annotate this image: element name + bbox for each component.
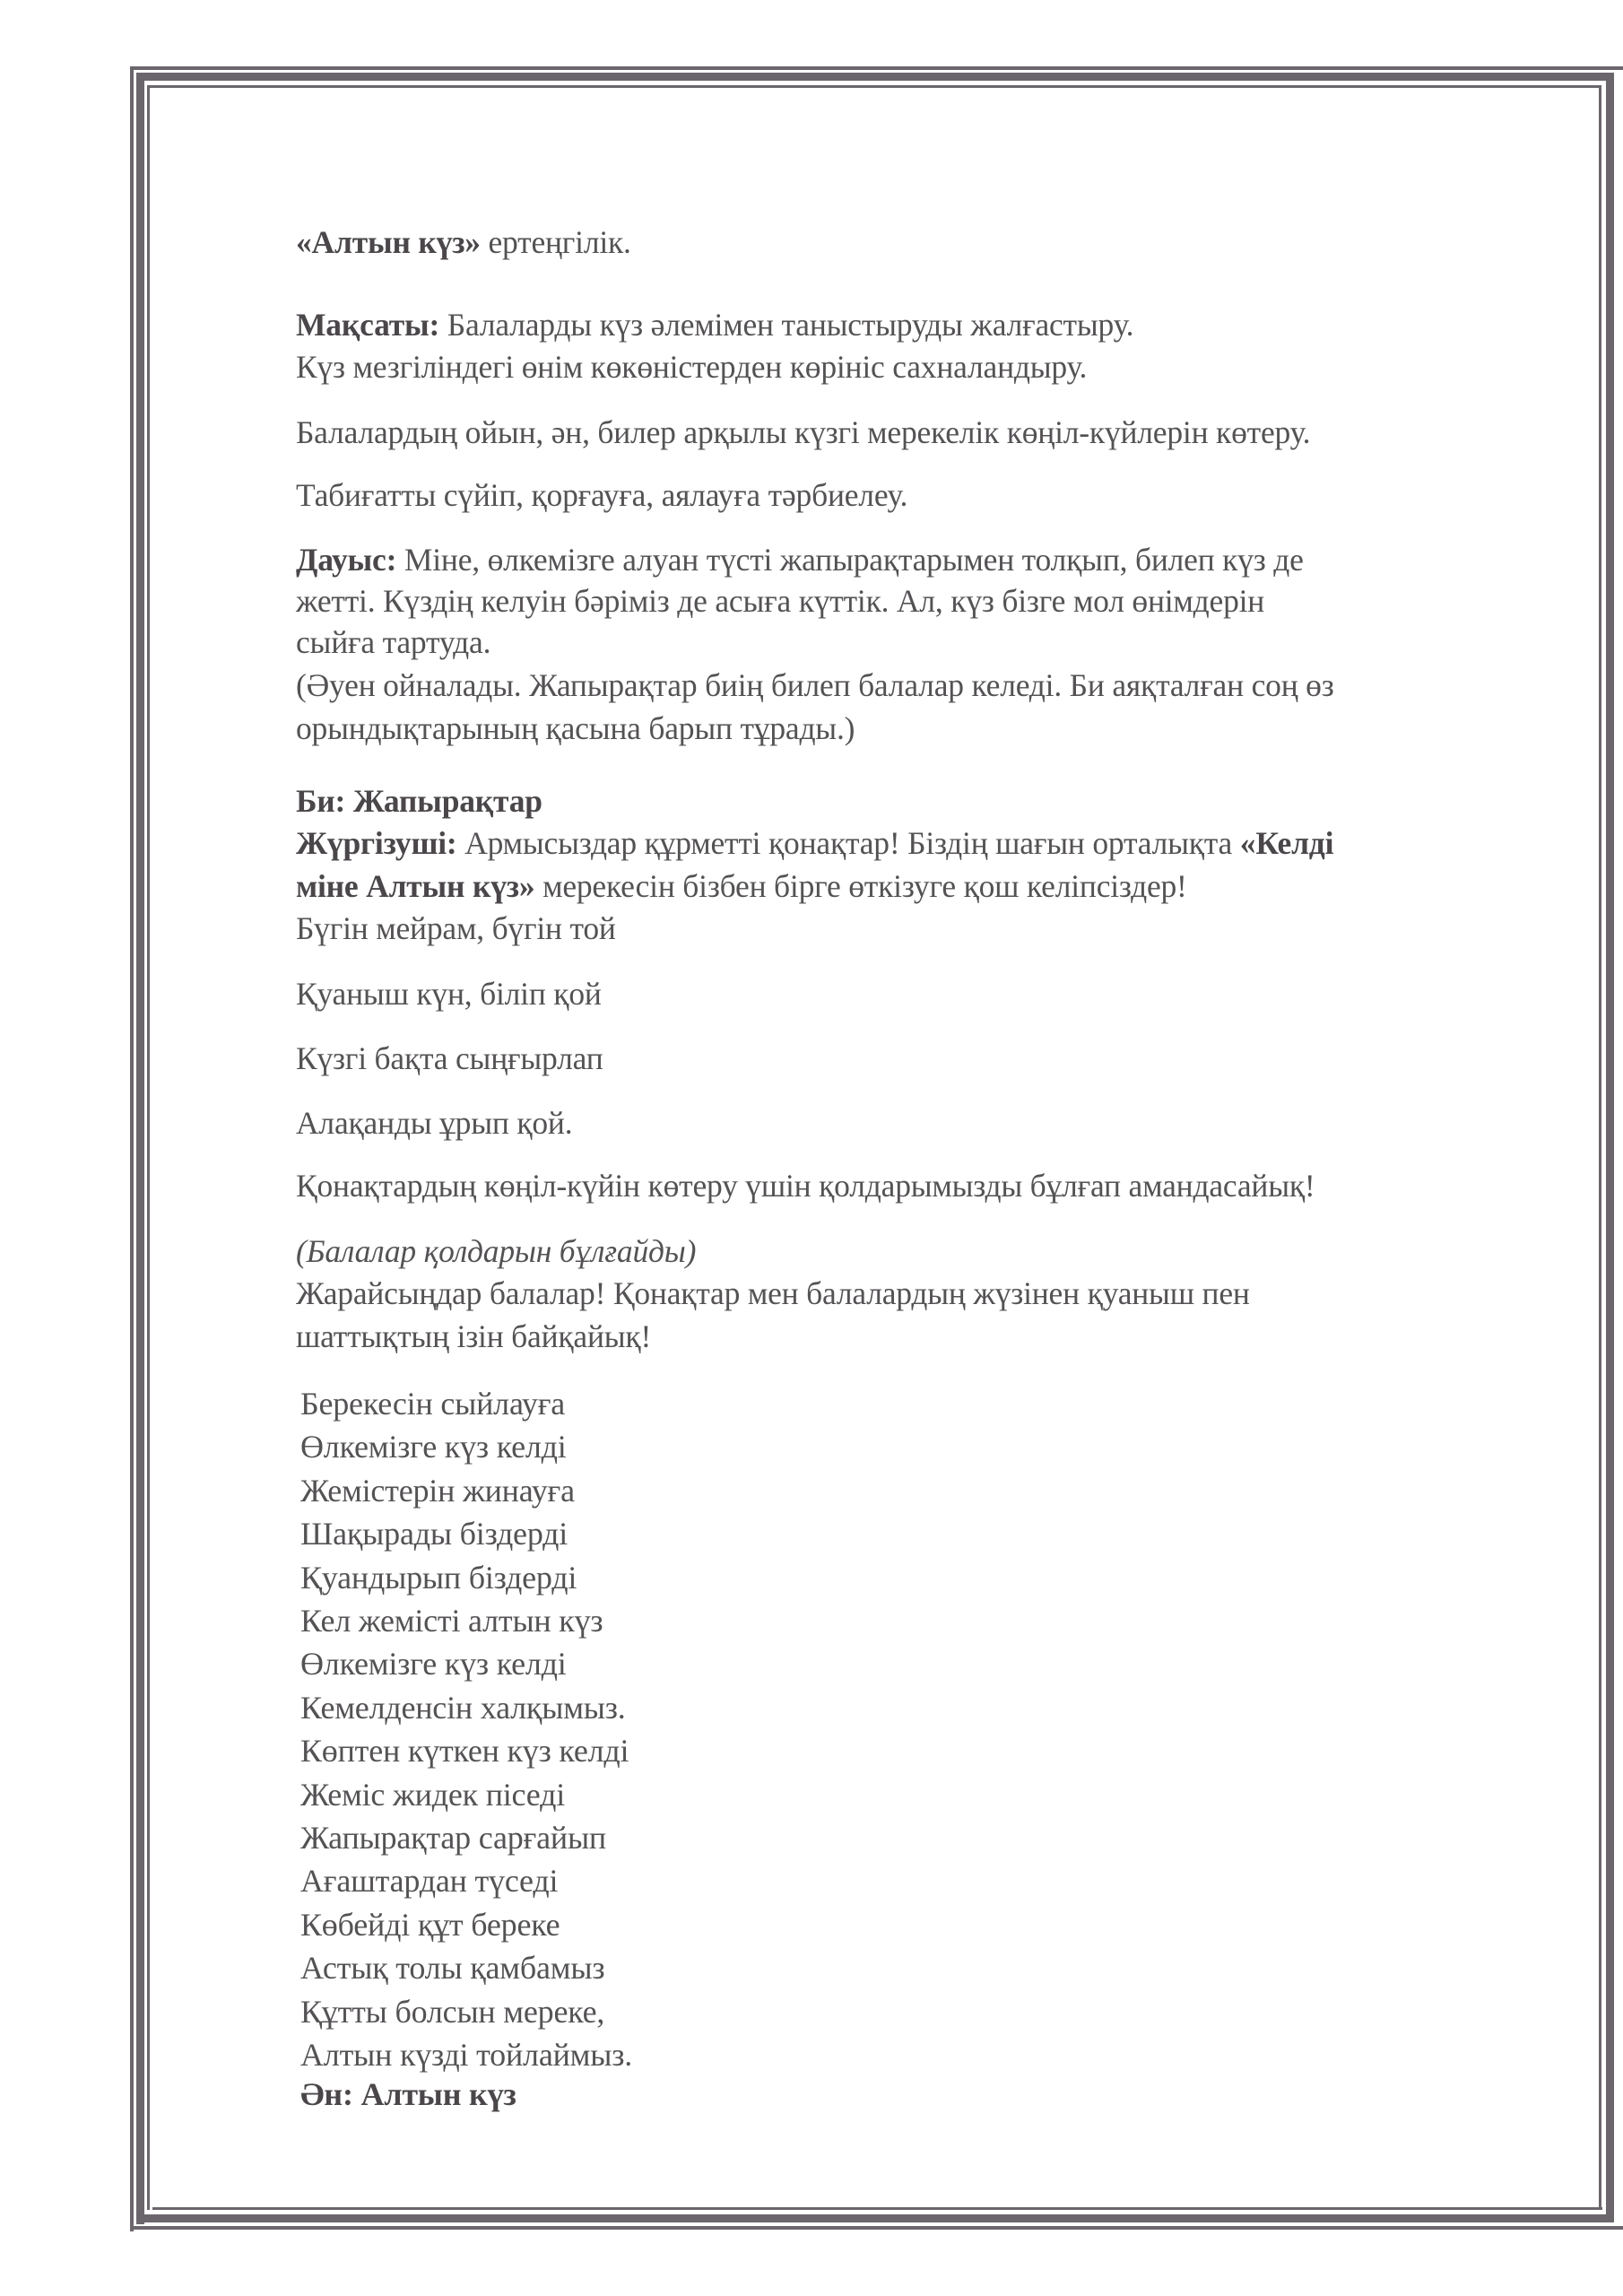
praise-line-2: шаттықтың ізін байқайық! <box>296 1316 651 1357</box>
poem-line: Жапырақтар сарғайып <box>300 1817 606 1858</box>
border-thick-left <box>136 73 144 2224</box>
praise-line-1: Жарайсыңдар балалар! Қонақтар мен балала… <box>296 1273 1250 1314</box>
voice-line-5: орындықтарының қасына барып тұрады.) <box>296 708 855 749</box>
title-rest: ертеңгілік. <box>481 224 631 260</box>
host-verse-2: Қуаныш күн, біліп қой <box>296 973 602 1014</box>
song-heading: Ән: Алтын күз <box>300 2074 516 2115</box>
border-outer-bottom <box>134 2226 1623 2230</box>
poem-line: Астық толы қамбамыз <box>300 1947 604 1988</box>
goals-label: Мақсаты: <box>296 307 439 343</box>
voice-label: Дауыс: <box>296 542 396 578</box>
poem-line: Кемелденсін халқымыз. <box>300 1687 626 1728</box>
title-bold: «Алтын күз» <box>296 224 481 260</box>
dance-heading: Би: Жапырақтар <box>296 780 542 822</box>
border-inner-top <box>147 85 1601 88</box>
host-line-1: Жүргізуші: Армысыздар құрметті қонақтар!… <box>296 822 1333 864</box>
document-title: «Алтын күз» ертеңгілік. <box>296 222 631 263</box>
poem-line: Өлкемізге күз келді <box>300 1643 567 1684</box>
border-thick-right <box>1606 73 1614 2222</box>
stage-direction: (Балалар қолдарын бұлғайды) <box>296 1231 696 1272</box>
host-label: Жүргізуші: <box>296 825 457 861</box>
host-line-2: міне Алтын күз» мерекесін бізбен бірге ө… <box>296 865 1187 907</box>
poem-line: Алтын күзді тойлаймыз. <box>300 2034 632 2075</box>
poem-line: Өлкемізге күз келді <box>300 1426 567 1467</box>
goals-line-1: Мақсаты: Балаларды күз әлемімен таныстыр… <box>296 304 1133 345</box>
border-thick-bottom <box>142 2214 1609 2222</box>
border-inner-left <box>147 85 150 2210</box>
voice-line-4: (Әуен ойналады. Жапырақтар биің билеп ба… <box>296 665 1334 706</box>
border-inner-right <box>1599 85 1601 2210</box>
poem-line: Көбейді құт береке <box>300 1904 560 1945</box>
poem-line: Берекесін сыйлауға <box>300 1383 565 1424</box>
poem-line: Шақырады біздерді <box>300 1513 568 1554</box>
border-outer-top <box>130 66 1623 70</box>
poem-line: Жеміс жидек піседі <box>300 1774 565 1815</box>
voice-line-3: сыйға тартуда. <box>296 622 490 663</box>
poem-line: Кел жемісті алтын күз <box>300 1600 603 1641</box>
host-verse-3: Күзгі бақта сыңғырлап <box>296 1038 603 1079</box>
voice-line-1: Дауыс: Міне, өлкемізге алуан түсті жапыр… <box>296 539 1304 580</box>
voice-line-2: жетті. Күздің келуін бәріміз де асыға кү… <box>296 580 1264 622</box>
goals-line-3: Балалардың ойын, ән, билер арқылы күзгі … <box>296 412 1310 453</box>
host-verse-5: Қонақтардың көңіл-күйін көтеру үшін қолд… <box>296 1165 1315 1206</box>
poem-line: Қуандырып біздерді <box>300 1557 577 1598</box>
poem-line: Ағаштардан түседі <box>300 1860 558 1901</box>
poem-line: Құтты болсын мереке, <box>300 1991 604 2032</box>
poem-line: Жемістерін жинауға <box>300 1470 575 1511</box>
goals-line-2: Күз мезгіліндегі өнім көкөністерден көрі… <box>296 346 1087 387</box>
border-outer-left <box>130 66 134 2231</box>
border-thick-top <box>136 73 1614 81</box>
goals-line-4: Табиғатты сүйіп, қорғауға, аялауға тәрби… <box>296 474 907 516</box>
host-verse-1: Бүгін мейрам, бүгін той <box>296 908 616 949</box>
host-verse-4: Алақанды ұрып қой. <box>296 1102 572 1144</box>
border-inner-bottom <box>152 2207 1602 2210</box>
poem-line: Көптен күткен күз келді <box>300 1730 629 1771</box>
